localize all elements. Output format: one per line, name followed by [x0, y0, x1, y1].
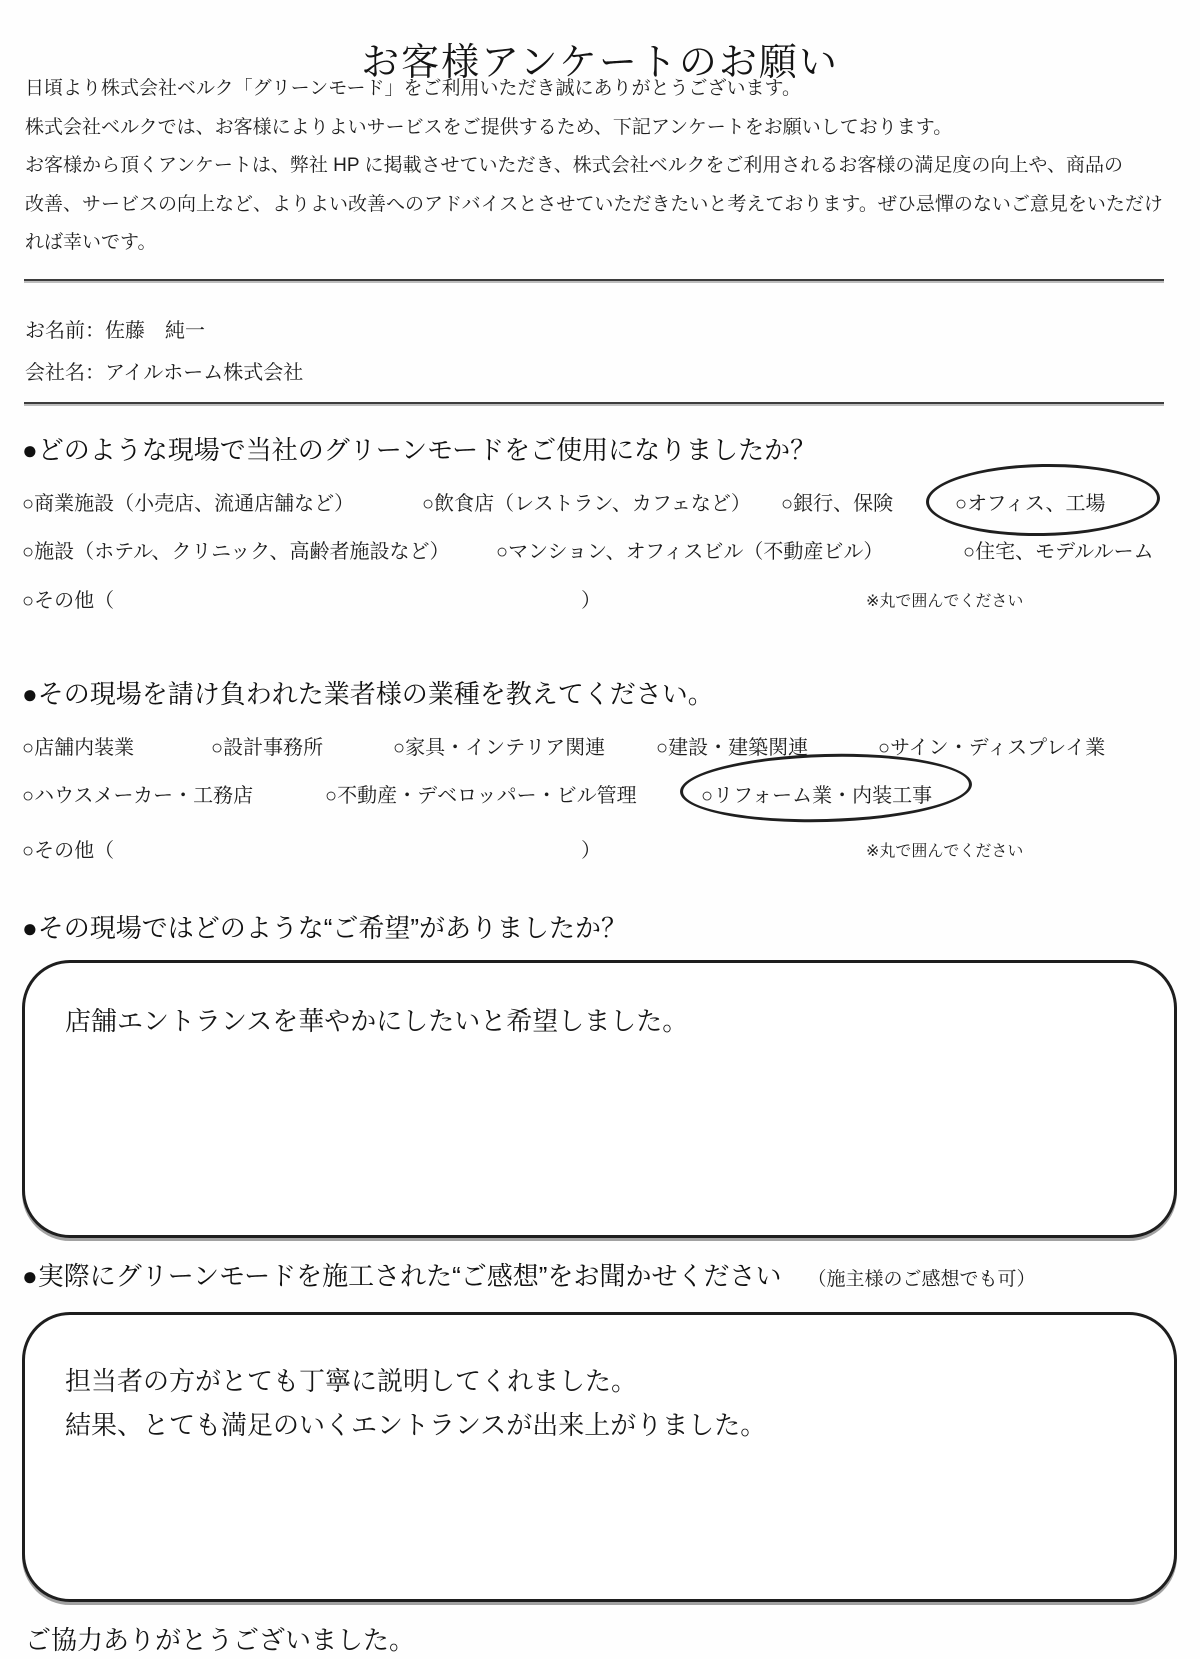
q4-heading-note: （施主様のご感想でも可）	[807, 1269, 1035, 1290]
closing-message: ご協力ありがとうございました。	[25, 1620, 415, 1657]
q3-heading: ●その現場ではどのような“ご希望”がありましたか？	[22, 908, 627, 945]
q1-heading: ●どのような現場で当社のグリーンモードをご使用になりましたか？	[22, 430, 816, 467]
q1-option-facility: ○施設（ホテル、クリニック、高齢者施設など）	[22, 535, 449, 564]
q2-circle-note: ※丸で囲んでください	[866, 838, 1023, 861]
q4-heading-text: ●実際にグリーンモードを施工された“ご感想”をお聞かせください	[22, 1261, 781, 1291]
q2-option-design-office: ○設計事務所	[211, 731, 323, 760]
company-value: アイルホーム株式会社	[105, 362, 303, 384]
company-label: 会社名：	[25, 362, 105, 384]
q2-option-housemaker: ○ハウスメーカー・工務店	[22, 779, 253, 808]
q4-answer-box: 担当者の方がとても丁寧に説明してくれました。 結果、とても満足のいくエントランス…	[22, 1312, 1177, 1602]
intro-line-2: 株式会社ベルクでは、お客様によりよいサービスをご提供するため、下記アンケートをお…	[25, 109, 1185, 148]
q2-option-real-estate: ○不動産・デベロッパー・ビル管理	[325, 779, 637, 808]
q1-other-close-paren: ）	[581, 584, 601, 613]
q1-option-restaurant: ○飲食店（レストラン、カフェなど）	[422, 487, 751, 516]
intro-paragraph: 日頃より株式会社ベルク「グリーンモード」をご利用いただき誠にありがとうございます…	[25, 70, 1185, 263]
intro-line-3: お客様から頂くアンケートは、弊社 HP に掲載させていただき、株式会社ベルクをご…	[25, 147, 1185, 186]
survey-document: お客様アンケートのお願い 日頃より株式会社ベルク「グリーンモード」をご利用いただ…	[0, 0, 1200, 1659]
q4-answer-text: 担当者の方がとても丁寧に説明してくれました。 結果、とても満足のいくエントランス…	[65, 1359, 1174, 1447]
q2-option-furniture-interior: ○家具・インテリア関連	[393, 731, 605, 760]
q2-selection-circle	[679, 750, 973, 826]
respondent-company: 会社名：アイルホーム株式会社	[25, 356, 303, 385]
q2-option-sign-display: ○サイン・ディスプレイ業	[878, 731, 1105, 760]
divider-top	[24, 279, 1164, 281]
q1-option-housing-model-room: ○住宅、モデルルーム	[963, 535, 1154, 564]
q2-heading: ●その現場を請け負われた業者様の業種を教えてください。	[22, 674, 714, 711]
q3-answer-text: 店舗エントランスを華やかにしたいと希望しました。	[65, 999, 1174, 1043]
name-value: 佐藤 純一	[105, 320, 205, 342]
q2-option-other: ○その他（	[22, 834, 114, 863]
q1-circle-note: ※丸で囲んでください	[866, 588, 1023, 611]
q1-option-other: ○その他（	[22, 584, 114, 613]
intro-line-5: れば幸いです。	[25, 224, 1185, 263]
q4-heading: ●実際にグリーンモードを施工された“ご感想”をお聞かせください（施主様のご感想で…	[22, 1256, 1035, 1293]
q4-answer-line-2: 結果、とても満足のいくエントランスが出来上がりました。	[65, 1403, 1174, 1447]
q1-option-mansion-office-bldg: ○マンション、オフィスビル（不動産ビル）	[496, 535, 883, 564]
q1-selection-circle	[925, 462, 1160, 538]
q4-answer-line-1: 担当者の方がとても丁寧に説明してくれました。	[65, 1359, 1174, 1403]
q1-option-bank-insurance: ○銀行、保険	[781, 487, 893, 516]
q2-option-shop-interior: ○店舗内装業	[22, 731, 134, 760]
q2-other-close-paren: ）	[581, 834, 601, 863]
intro-line-1: 日頃より株式会社ベルク「グリーンモード」をご利用いただき誠にありがとうございます…	[25, 70, 1185, 109]
intro-line-4: 改善、サービスの向上など、よりよい改善へのアドバイスとさせていただきたいと考えて…	[25, 186, 1185, 225]
q1-option-commercial-facility: ○商業施設（小売店、流通店舗など）	[22, 487, 354, 516]
respondent-name: お名前：佐藤 純一	[25, 314, 205, 343]
name-label: お名前：	[25, 320, 105, 342]
divider-name-bottom	[24, 402, 1164, 404]
q3-answer-box: 店舗エントランスを華やかにしたいと希望しました。	[22, 960, 1177, 1238]
